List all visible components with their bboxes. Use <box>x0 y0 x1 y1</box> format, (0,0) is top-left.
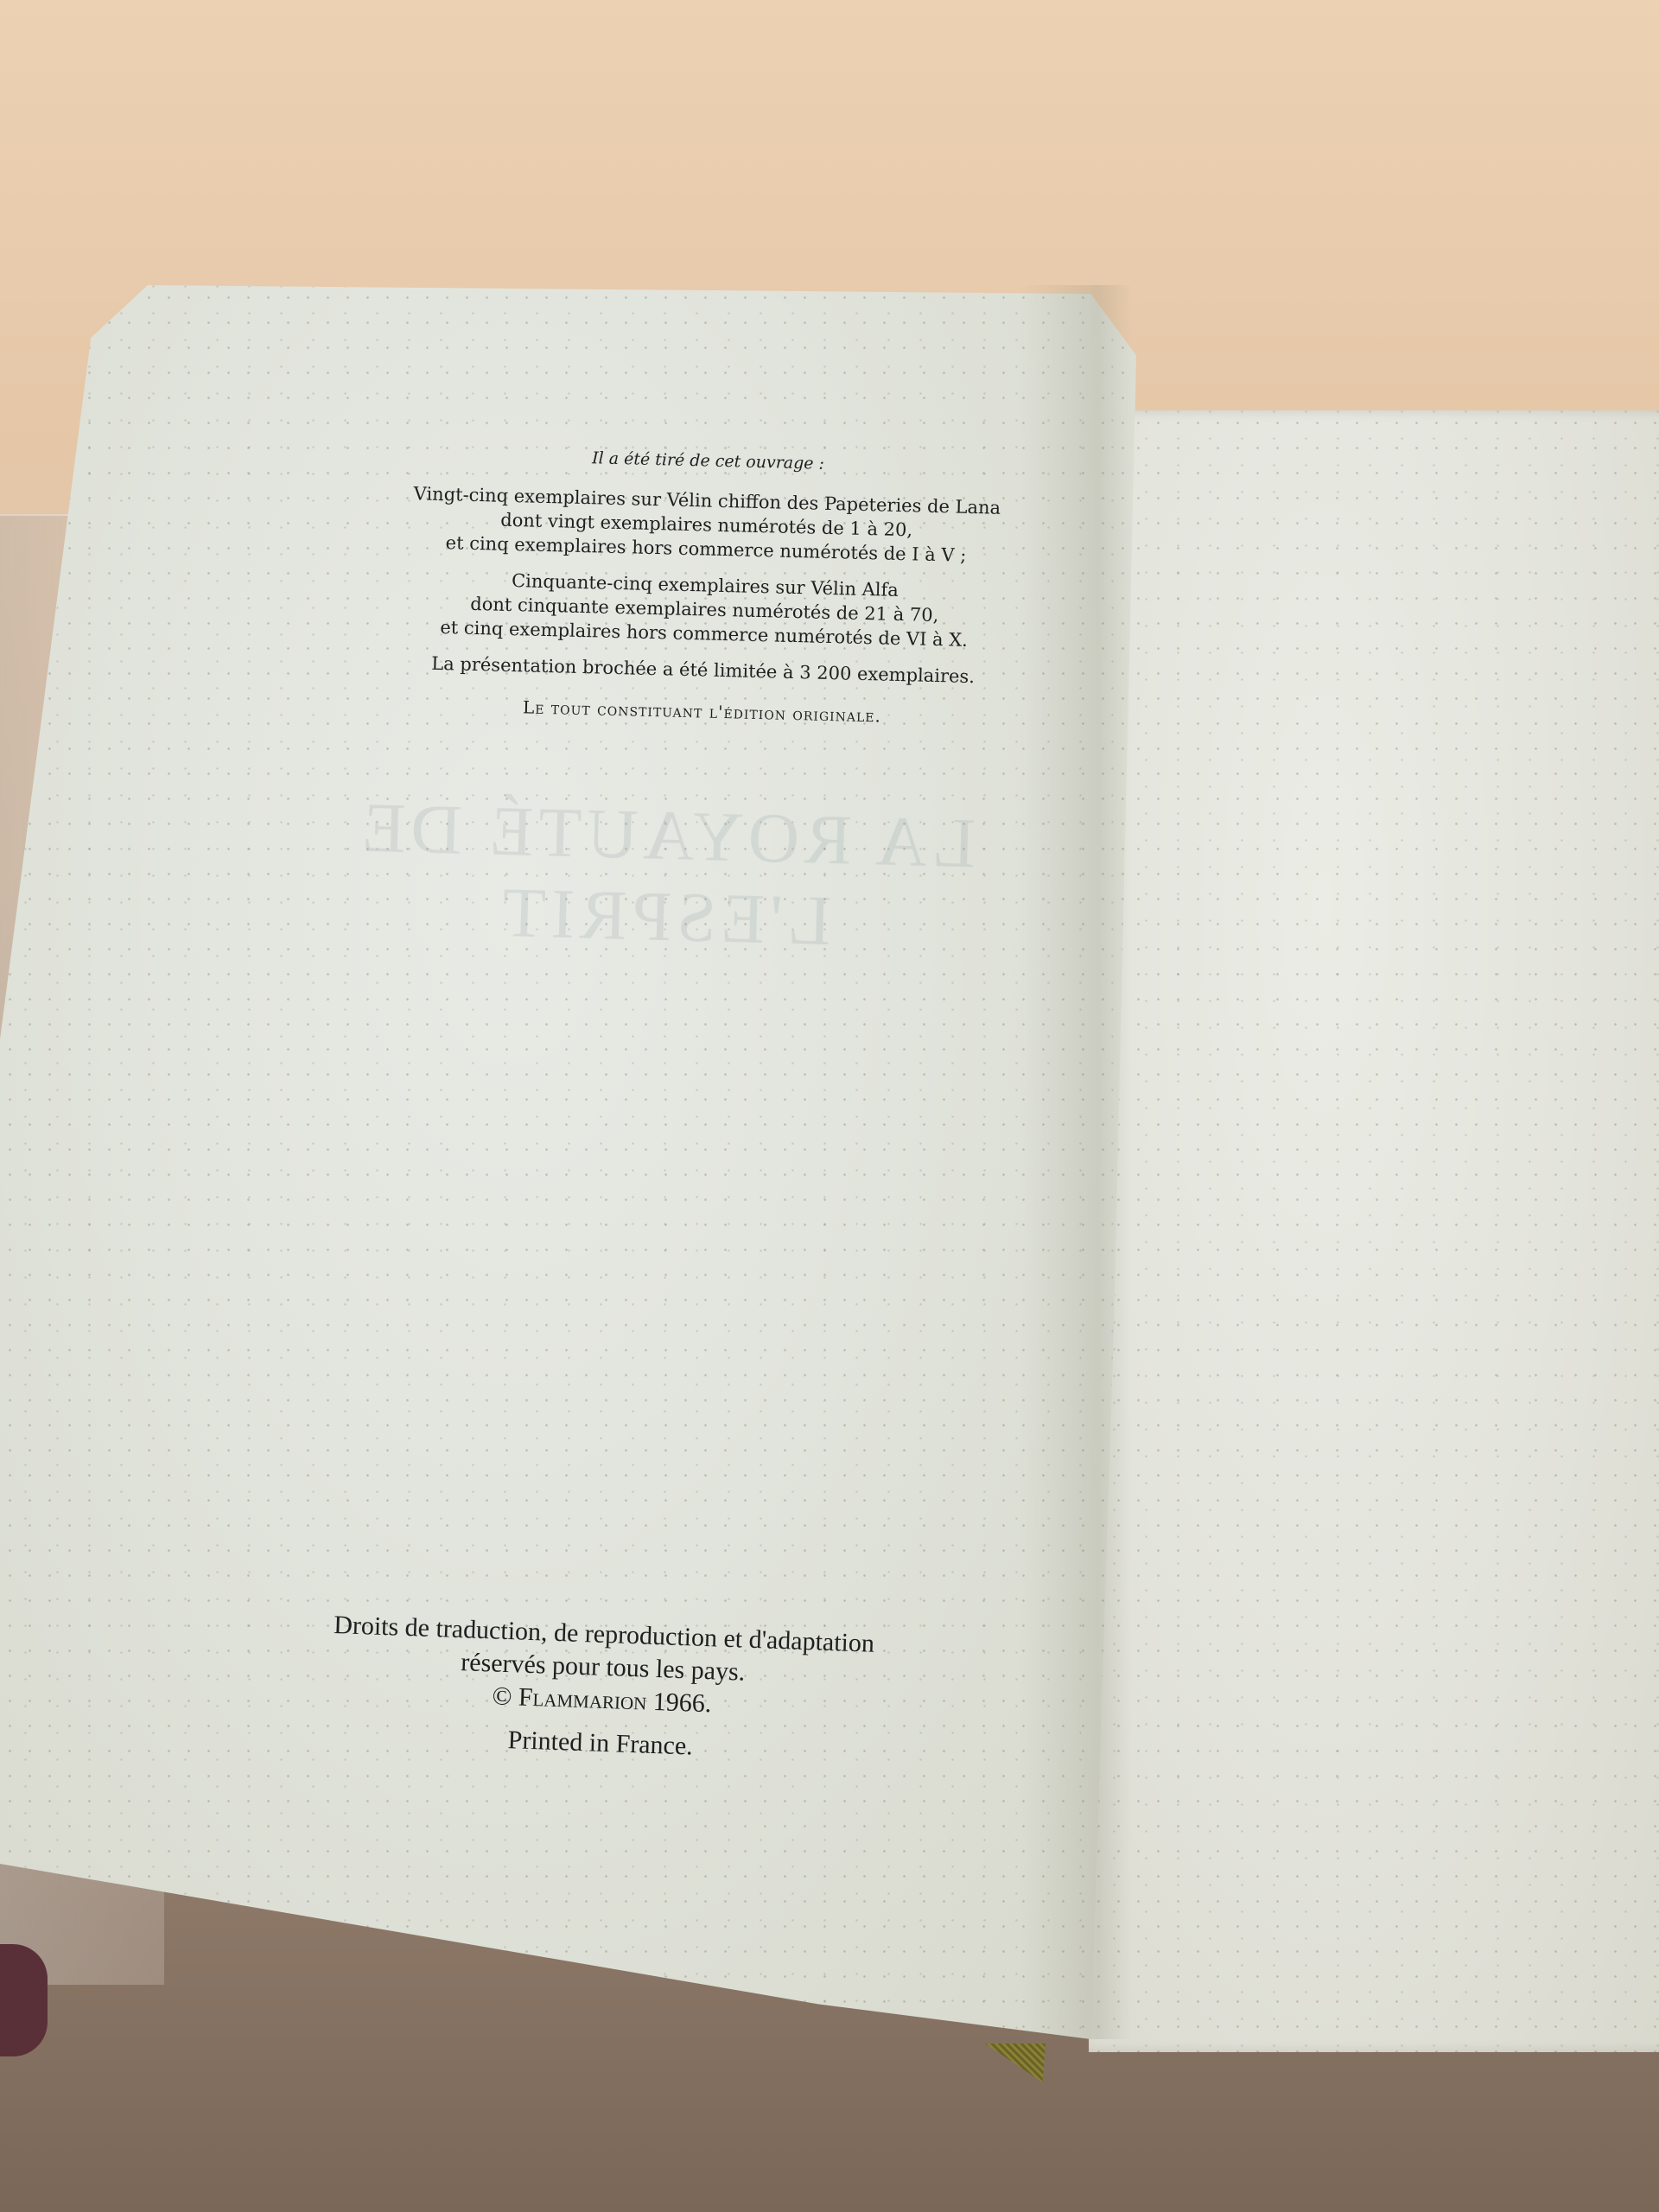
paper-texture <box>1089 410 1659 2052</box>
right-page <box>1089 410 1659 2052</box>
rights-block: Droits de traduction, de reproduction et… <box>280 1607 924 1771</box>
bleed-through-title: LA ROYAUTÉ DE L'ESPRIT <box>249 784 1083 968</box>
edition-group-velin-chiffon: Vingt-cinq exemplaires sur Vélin chiffon… <box>369 480 1045 569</box>
finger-holding-book <box>0 1944 48 2056</box>
edition-group-velin-alfa: Cinquante-cinq exemplaires sur Vélin Alf… <box>366 565 1042 654</box>
print-run-limit: La présentation brochée a été limitée à … <box>365 650 1039 690</box>
colophon-block: Il a été tiré de cet ouvrage : Vingt-cin… <box>365 441 1046 732</box>
